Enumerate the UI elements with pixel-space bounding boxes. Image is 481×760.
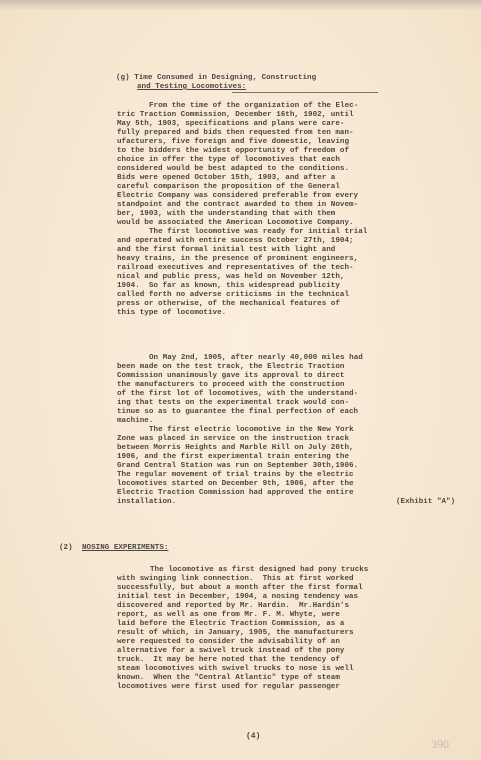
body-line: Electric Company was considered preferab… (117, 192, 358, 201)
body-line: May 5th, 1903, specifications and plans … (117, 120, 344, 129)
body-line: of the first lot of locomotives, with th… (117, 390, 358, 399)
body-line: were requested to consider the advisabil… (117, 638, 340, 647)
body-line: 1906, and the first experimental train e… (117, 453, 349, 462)
body-line: careful comparison the proposition of th… (117, 183, 340, 192)
archive-stamp-number: 390 (431, 737, 449, 752)
body-line: choice in offer the type of locomotives … (117, 156, 340, 165)
body-line: and operated with entire success October… (117, 237, 354, 246)
body-line: standpoint and the contract awarded to t… (117, 201, 358, 210)
body-line: result of which, in January, 1905, the m… (117, 629, 354, 638)
body-line: tric Traction Commission, December 16th,… (117, 111, 354, 120)
body-line: locomotives were first used for regular … (117, 683, 340, 692)
exhibit-reference: (Exhibit "A") (396, 498, 455, 507)
body-line: laid before the Electric Traction Commis… (117, 620, 344, 629)
body-line: railroad executives and representatives … (117, 264, 354, 273)
section-2-title: NOSING EXPERIMENTS: (82, 544, 168, 553)
body-line: The locomotive as first designed had pon… (150, 566, 368, 575)
body-line: discovered and reported by Mr. Hardin. M… (117, 602, 349, 611)
body-line: been made on the test track, the Electri… (117, 363, 344, 372)
body-line: Zone was placed in service on the instru… (117, 435, 349, 444)
body-line: initial test in December, 1904, a nosing… (117, 593, 358, 602)
body-line: installation. (117, 498, 176, 507)
body-line: to the bidders the widest opportunity of… (117, 147, 349, 156)
body-line: truck. It may be here noted that the ten… (117, 656, 340, 665)
section-2-number: (2) (59, 544, 73, 553)
body-line: nical and public press, was held on Nove… (117, 273, 344, 282)
body-line: tinue so as to guarantee the final perfe… (117, 408, 358, 417)
body-line: and the first formal initial test with l… (117, 246, 335, 255)
body-line: locomotives started on December 9th, 190… (117, 480, 354, 489)
body-line: Grand Central Station was run on Septemb… (117, 462, 358, 471)
body-line: this type of locomotive. (117, 309, 226, 318)
body-line: alternative for a swivel truck instead o… (117, 647, 344, 656)
body-line: machine. (117, 417, 153, 426)
body-line: press or otherwise, of the mechanical fe… (117, 300, 340, 309)
body-line: Electric Traction Commission had approve… (117, 489, 354, 498)
heading-underline (232, 92, 378, 93)
body-line: From the time of the organization of the… (149, 102, 358, 111)
section-g-heading-cont: and Testing Locomotives: (137, 83, 246, 92)
body-line: The first locomotive was ready for initi… (149, 228, 367, 237)
body-line: fully prepared and bids then requested f… (117, 129, 354, 138)
body-line: The first electric locomotive in the New… (149, 426, 354, 435)
body-line: report, as well as one from Mr. F. M. Wh… (117, 611, 340, 620)
page-number: (4) (246, 732, 260, 741)
body-line: called forth no adverse criticisms in th… (117, 291, 349, 300)
body-line: considered would be best adapted to the … (117, 165, 349, 174)
body-line: ber, 1903, with the understanding that w… (117, 210, 335, 219)
body-line: with swinging link connection. This at f… (117, 575, 354, 584)
body-line: known. When the "Central Atlantic" type … (117, 674, 340, 683)
body-line: would be associated the American Locomot… (117, 219, 354, 228)
body-line: between Morris Heights and Marble Hill o… (117, 444, 354, 453)
body-line: the manufacturers to proceed with the co… (117, 381, 344, 390)
section-g-heading: (g) Time Consumed in Designing, Construc… (116, 74, 316, 83)
body-line: On May 2nd, 1905, after nearly 40,000 mi… (149, 354, 363, 363)
body-line: ufacturers, five foreign and five domest… (117, 138, 349, 147)
body-line: heavy trains, in the presence of promine… (117, 255, 358, 264)
body-line: steam locomotives with swivel trucks to … (117, 665, 354, 674)
body-line: ing that tests on the experimental track… (117, 399, 349, 408)
body-line: Commission unanimously gave its approval… (117, 372, 344, 381)
body-line: successfully, but about a month after th… (117, 584, 363, 593)
body-line: 1904. So far as known, this widespread p… (117, 282, 340, 291)
body-line: Bids were opened October 15th, 1903, and… (117, 174, 335, 183)
body-line: The regular movement of trial trains by … (117, 471, 354, 480)
scan-edge (0, 0, 481, 10)
